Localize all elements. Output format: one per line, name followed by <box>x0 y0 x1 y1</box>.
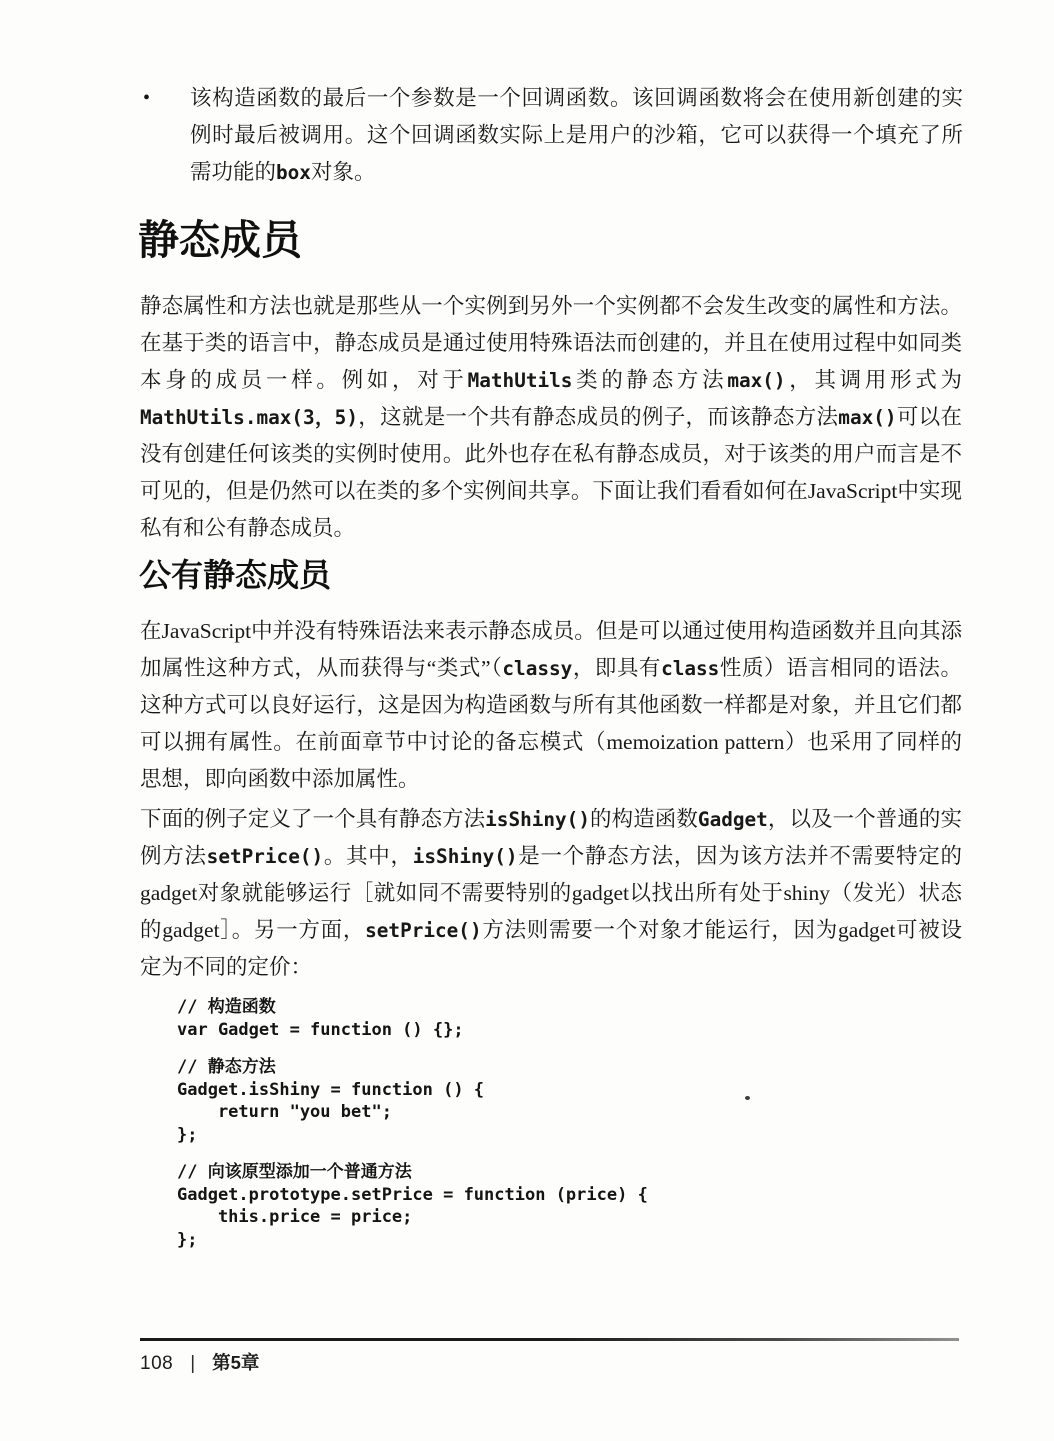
paragraph-public-static-intro: 在JavaScript中并没有特殊语法来表示静态成员。但是可以通过使用构造函数并… <box>140 613 962 798</box>
inline-code: isShiny() <box>485 808 590 831</box>
footer-rule <box>140 1338 959 1341</box>
inline-code: classy <box>502 657 572 680</box>
text-run: 对象。 <box>311 160 376 184</box>
subsection-title-public-static: 公有静态成员 <box>139 556 331 594</box>
page-number: 108 <box>140 1353 173 1375</box>
text-run: 类的静态方法 <box>572 368 727 392</box>
text-run: 。其中， <box>323 844 413 868</box>
code-constructor: // 构造函数 var Gadget = function () {}; <box>177 996 648 1041</box>
footer-separator: | <box>190 1353 195 1375</box>
inline-code: max() <box>727 369 785 392</box>
inline-code: class <box>661 657 719 680</box>
inline-code: box <box>276 161 311 184</box>
text-run: ，这就是一个共有静态成员的例子，而该静态方法 <box>358 405 838 429</box>
bullet-text: 该构造函数的最后一个参数是一个回调函数。该回调函数将会在使用新创建的实例时最后被… <box>190 80 963 191</box>
inline-code: Gadget <box>698 808 768 831</box>
inline-code: MathUtils.max(3，5) <box>140 406 358 429</box>
text-run: ，即具有 <box>572 656 661 680</box>
code-listing: // 构造函数 var Gadget = function () {}; // … <box>177 996 648 1251</box>
text-run: 下面的例子定义了一个具有静态方法 <box>140 807 485 831</box>
inline-code: setPrice() <box>365 919 481 942</box>
book-page: • 该构造函数的最后一个参数是一个回调函数。该回调函数将会在使用新创建的实例时最… <box>0 0 1054 1441</box>
paragraph-gadget-example: 下面的例子定义了一个具有静态方法isShiny()的构造函数Gadget，以及一… <box>140 801 962 986</box>
bullet-item: • 该构造函数的最后一个参数是一个回调函数。该回调函数将会在使用新创建的实例时最… <box>143 80 963 191</box>
chapter-label: 第5章 <box>212 1349 259 1375</box>
text-run: ，其调用形式为 <box>786 368 962 392</box>
code-static-method: // 静态方法 Gadget.isShiny = function () { r… <box>177 1056 648 1146</box>
code-prototype-method: // 向该原型添加一个普通方法 Gadget.prototype.setPric… <box>177 1161 648 1251</box>
ink-speck-artifact <box>745 1096 750 1100</box>
inline-code: isShiny() <box>413 845 518 868</box>
page-footer: 108 | 第5章 <box>140 1349 259 1375</box>
text-run: 的构造函数 <box>590 807 698 831</box>
paragraph-static-members: 静态属性和方法也就是那些从一个实例到另外一个实例都不会发生改变的属性和方法。在基… <box>140 288 962 547</box>
section-title-static-members: 静态成员 <box>138 216 302 265</box>
inline-code: setPrice() <box>207 845 323 868</box>
inline-code: max() <box>838 406 896 429</box>
inline-code: MathUtils <box>468 369 573 392</box>
bullet-marker: • <box>143 80 190 191</box>
